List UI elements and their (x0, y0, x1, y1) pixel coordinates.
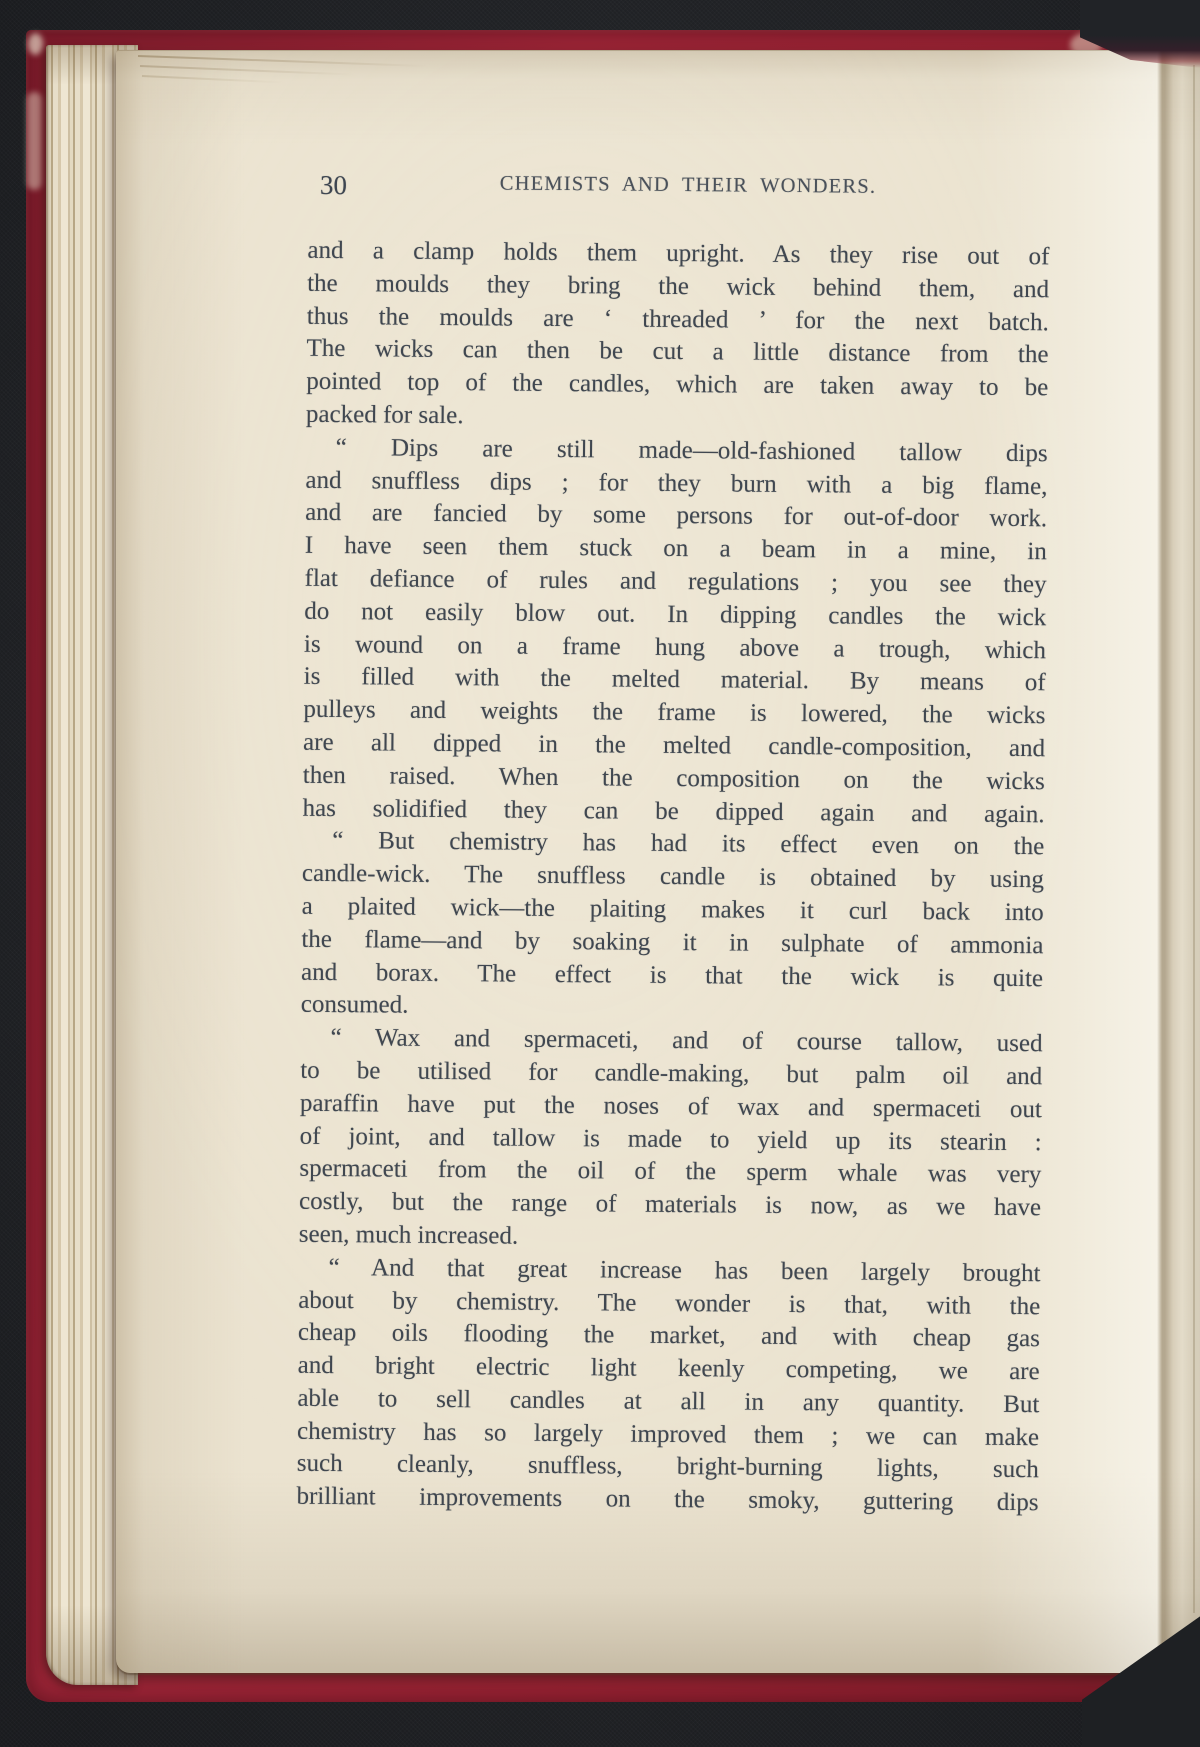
photo-backdrop: 30 CHEMISTS AND THEIR WONDERS. and a cla… (0, 0, 1200, 1747)
page-header: 30 CHEMISTS AND THEIR WONDERS. (308, 171, 1050, 213)
page-content: 30 CHEMISTS AND THEIR WONDERS. and a cla… (296, 147, 1050, 1543)
cover-scuff (28, 33, 43, 55)
page-text: and a clamp holds them upright. As they … (296, 235, 1049, 1521)
paragraph: “ Wax and spermaceti, and of course tall… (299, 1022, 1043, 1258)
cover-scuff (27, 92, 42, 190)
running-header: CHEMISTS AND THEIR WONDERS. (308, 171, 1050, 199)
paragraph: and a clamp holds them upright. As they … (306, 235, 1050, 438)
paragraph: “ But chemistry has had its effect even … (301, 825, 1045, 1028)
page-number: 30 (320, 171, 347, 199)
text-line: brilliant improvements on the smoky, gut… (296, 1481, 1038, 1520)
text-line: and borax. The effect is that the wick i… (301, 956, 1043, 995)
paragraph: “ Dips are still made—old-fashioned tall… (302, 432, 1047, 832)
paragraph: “ And that great increase has been large… (296, 1251, 1040, 1520)
